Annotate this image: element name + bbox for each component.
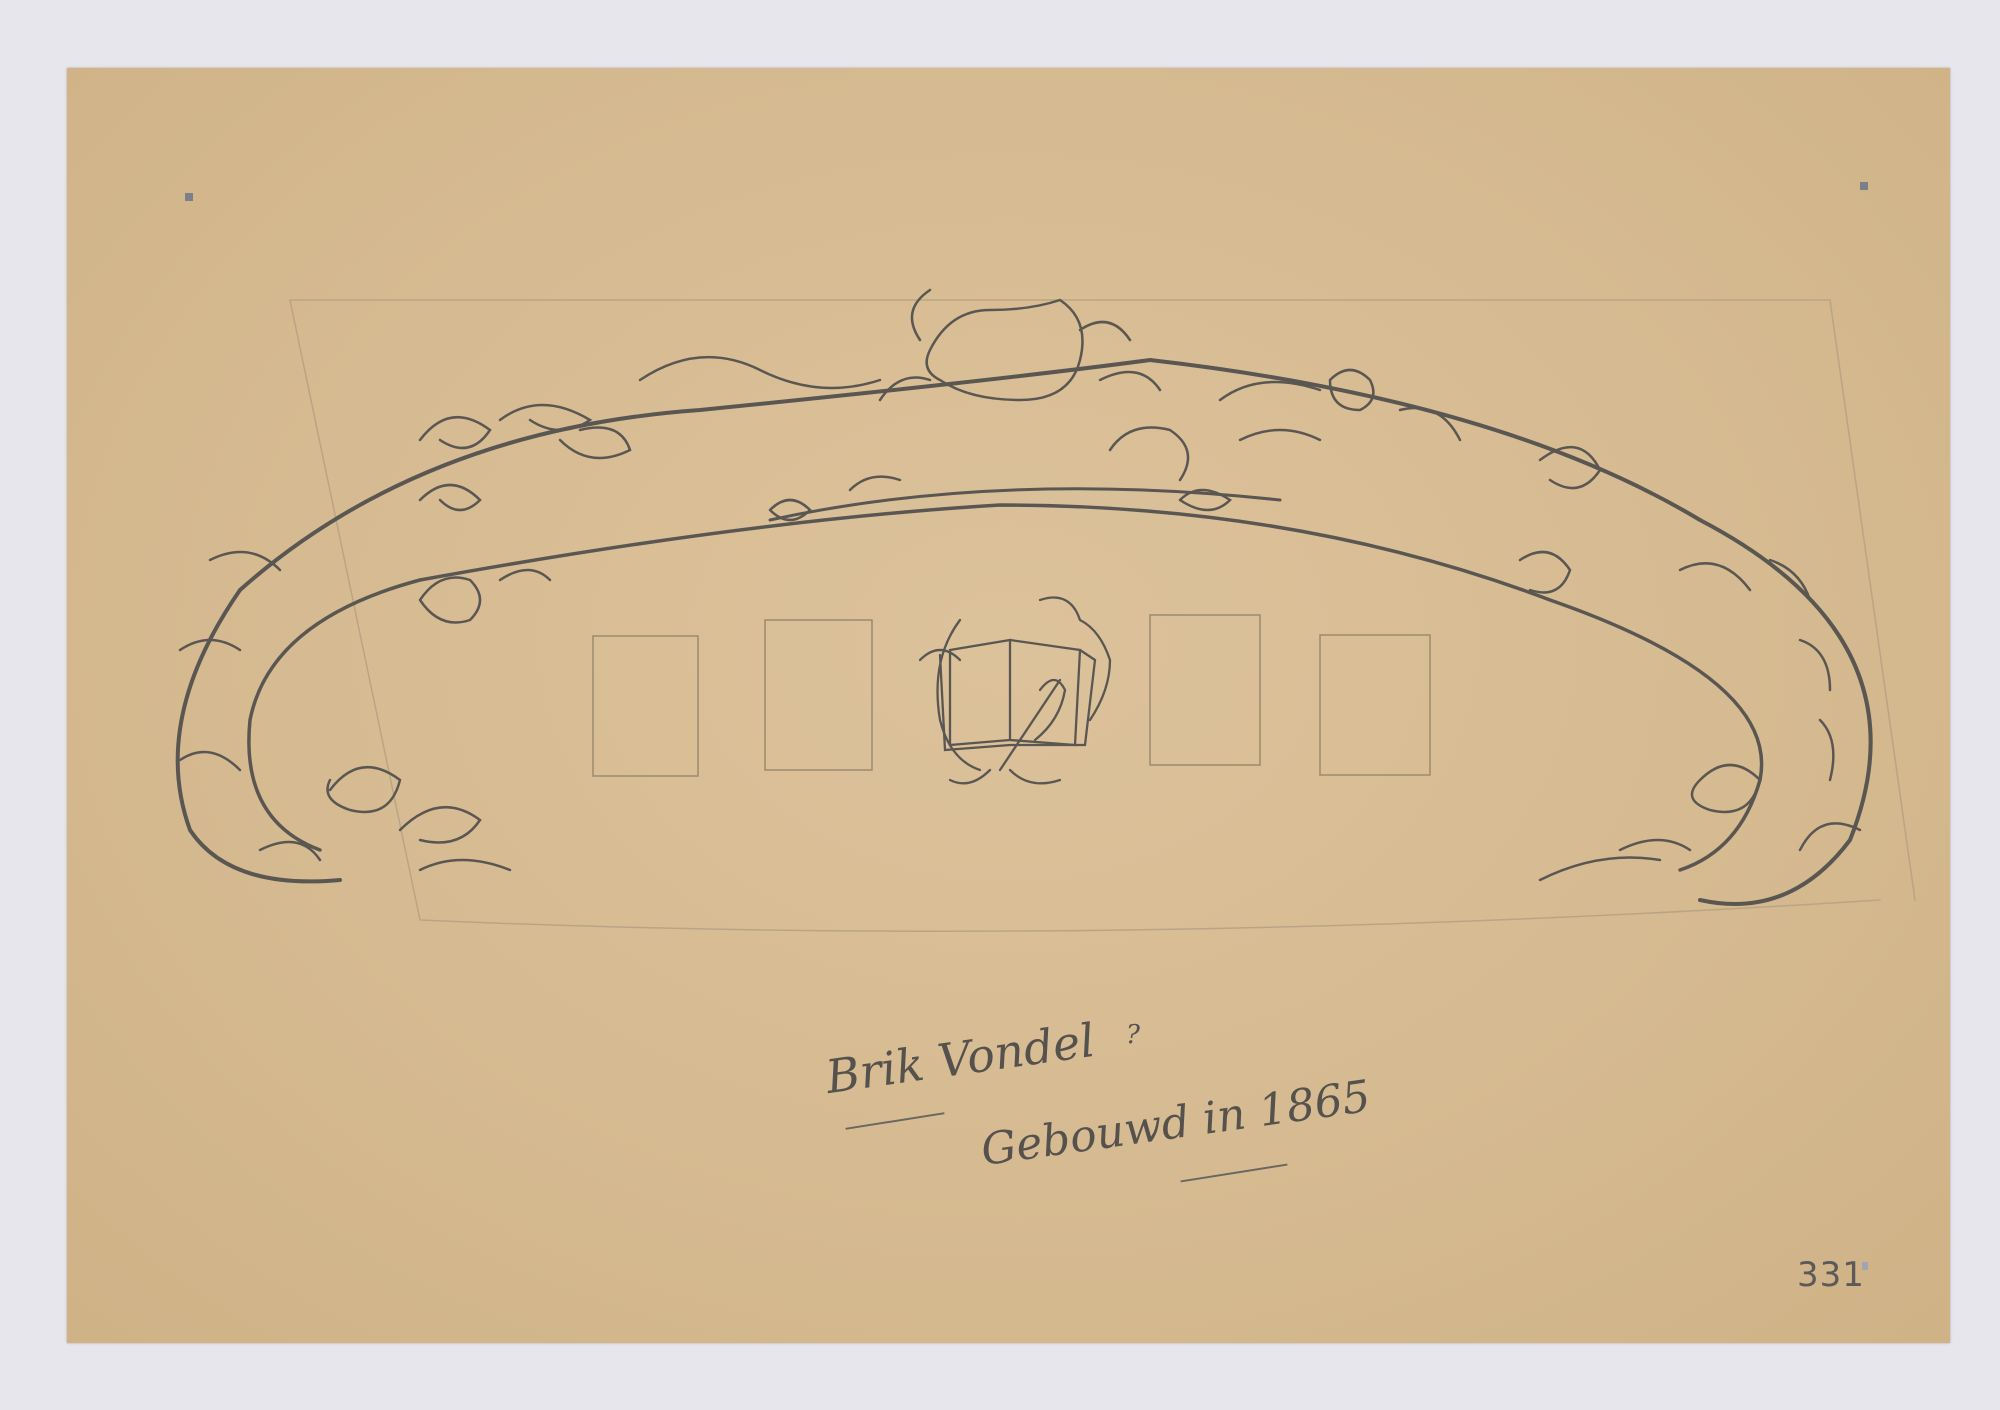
ornamental-drawing (0, 0, 2000, 1410)
catalog-marker (1862, 1262, 1868, 1270)
book-quill-emblem (920, 598, 1110, 784)
catalog-number: 331 (1797, 1255, 1865, 1295)
inscription-query-mark: ? (1126, 1020, 1140, 1050)
corner-pin-topleft (185, 193, 193, 201)
corner-pin-topright (1860, 182, 1868, 190)
